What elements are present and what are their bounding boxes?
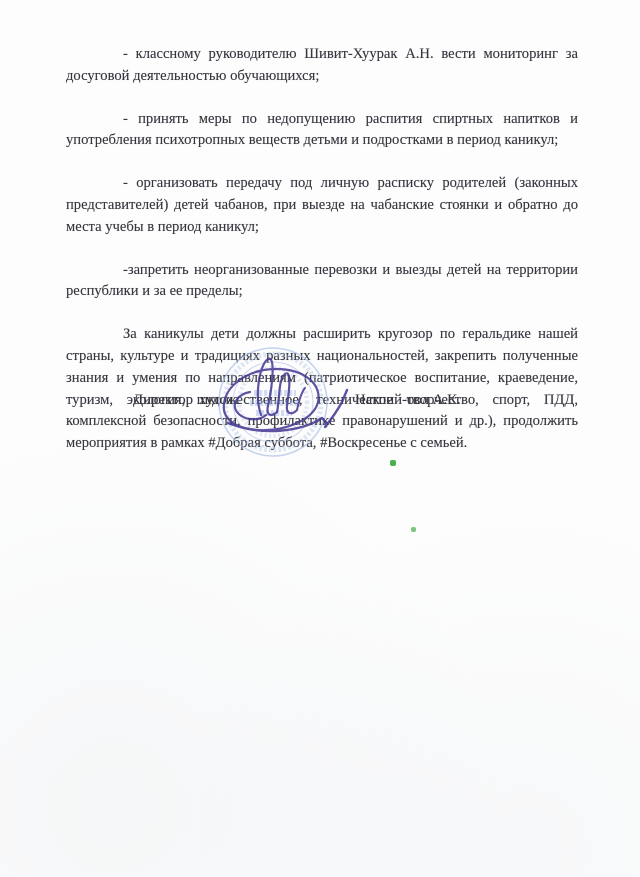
green-scan-speck — [411, 527, 416, 532]
scanned-document-page: - классному руководителю Шивит-Хуурак А.… — [0, 0, 640, 877]
green-scan-speck — [390, 460, 396, 466]
director-name: Натпий-оол А.К. — [355, 392, 461, 409]
signature-ink — [208, 348, 356, 446]
